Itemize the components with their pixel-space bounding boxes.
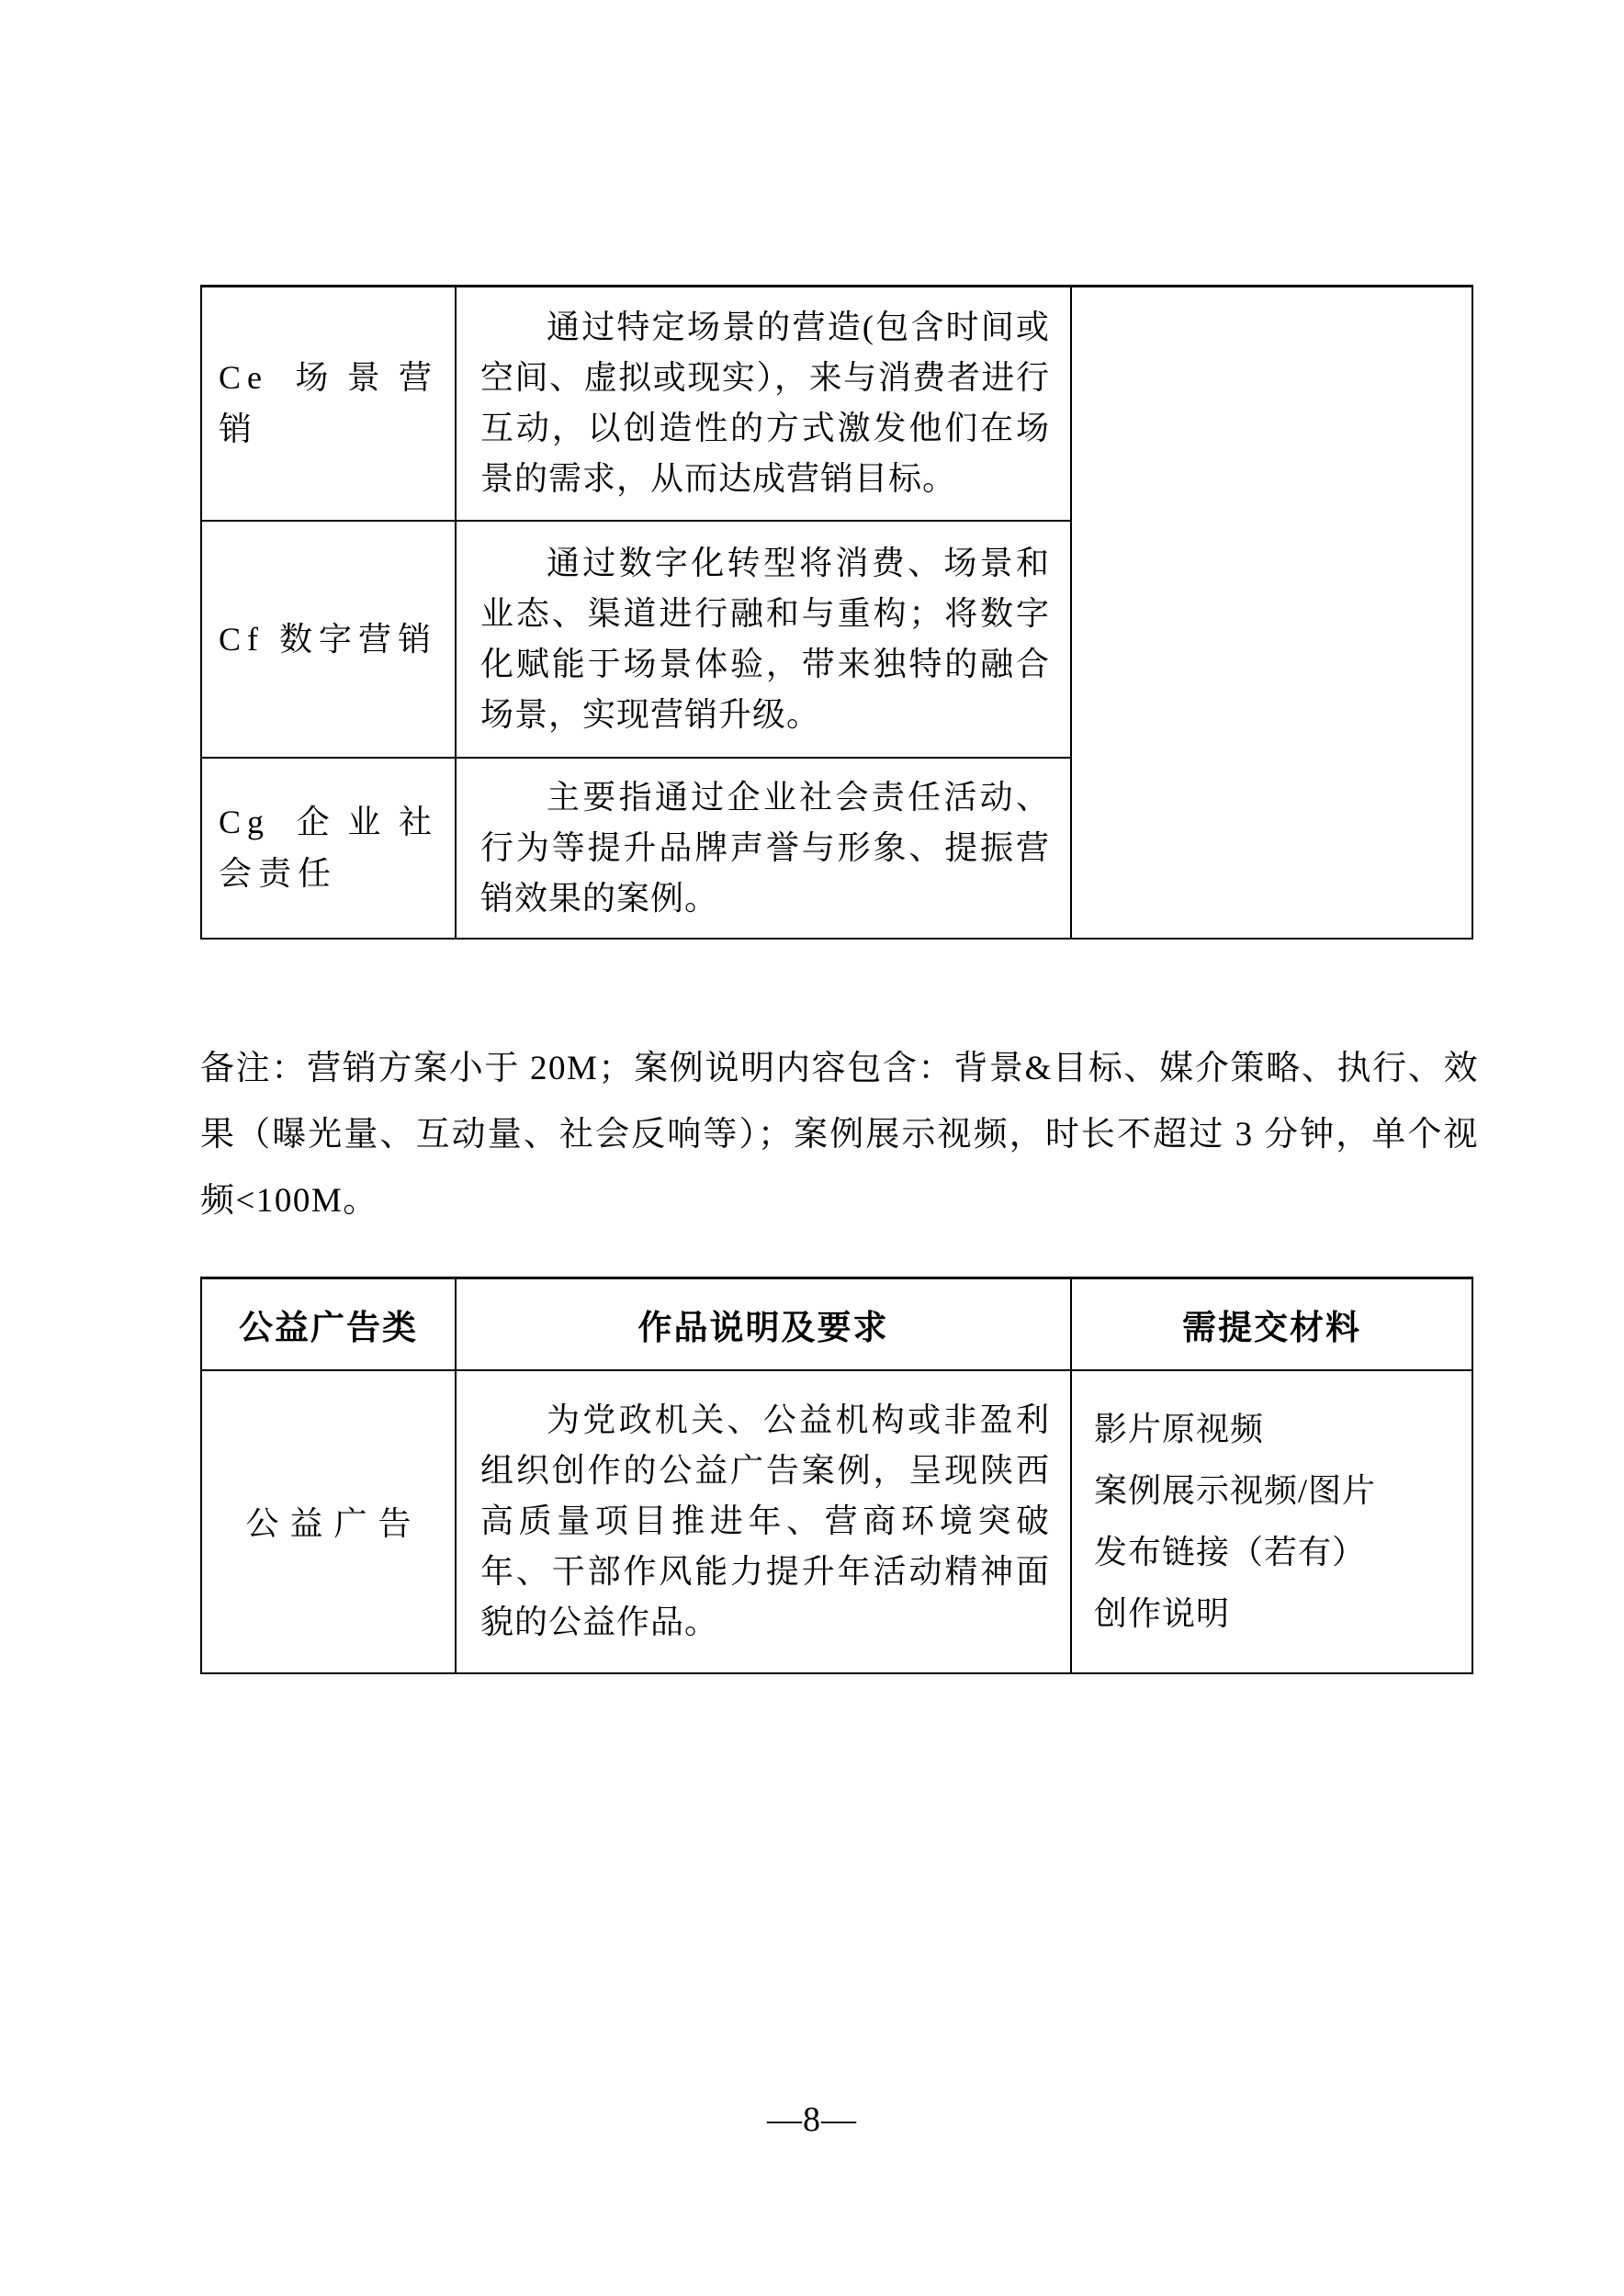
table-row: Ce 场景营销 通过特定场景的营造(包含时间或空间、虚拟或现实），来与消费者进行… bbox=[201, 287, 1472, 521]
description-paragraph: 通过数字化转型将消费、场景和业态、渠道进行融和与重构；将数字化赋能于场景体验，带… bbox=[480, 538, 1050, 740]
description-paragraph: 主要指通过企业社会责任活动、行为等提升品牌声誉与形象、提振营销效果的案例。 bbox=[480, 772, 1050, 924]
material-item: 创作说明 bbox=[1094, 1583, 1462, 1645]
category-cell-cf: Cf 数字营销 bbox=[201, 521, 456, 758]
psa-table: 公益广告类 作品说明及要求 需提交材料 公益广告 为党政机关、公益机构或非盈利组… bbox=[200, 1277, 1473, 1674]
description-paragraph: 通过特定场景的营造(包含时间或空间、虚拟或现实），来与消费者进行互动，以创造性的… bbox=[480, 302, 1050, 504]
description-cell-cf: 通过数字化转型将消费、场景和业态、渠道进行融和与重构；将数字化赋能于场景体验，带… bbox=[456, 521, 1071, 758]
material-item: 影片原视频 bbox=[1094, 1399, 1462, 1460]
description-cell-psa: 为党政机关、公益机构或非盈利组织创作的公益广告案例，呈现陕西高质量项目推进年、营… bbox=[456, 1370, 1071, 1673]
category-definition-table: Ce 场景营销 通过特定场景的营造(包含时间或空间、虚拟或现实），来与消费者进行… bbox=[200, 285, 1473, 940]
header-work-requirements: 作品说明及要求 bbox=[456, 1278, 1071, 1370]
header-materials-required: 需提交材料 bbox=[1071, 1278, 1472, 1370]
page-number: —8— bbox=[0, 2099, 1624, 2140]
description-cell-ce: 通过特定场景的营造(包含时间或空间、虚拟或现实），来与消费者进行互动，以创造性的… bbox=[456, 287, 1071, 521]
table-row: 公益广告 为党政机关、公益机构或非盈利组织创作的公益广告案例，呈现陕西高质量项目… bbox=[201, 1370, 1472, 1673]
category-cell-ce: Ce 场景营销 bbox=[201, 287, 456, 521]
category-cell-psa: 公益广告 bbox=[201, 1370, 456, 1673]
remark-paragraph: 备注：营销方案小于 20M；案例说明内容包含：背景&目标、媒介策略、执行、效果（… bbox=[200, 1036, 1479, 1234]
material-item: 案例展示视频/图片 bbox=[1094, 1460, 1462, 1522]
table-header-row: 公益广告类 作品说明及要求 需提交材料 bbox=[201, 1278, 1472, 1370]
materials-cell-psa: 影片原视频 案例展示视频/图片 发布链接（若有） 创作说明 bbox=[1071, 1370, 1472, 1673]
description-paragraph: 为党政机关、公益机构或非盈利组织创作的公益广告案例，呈现陕西高质量项目推进年、营… bbox=[480, 1395, 1050, 1648]
document-page: Ce 场景营销 通过特定场景的营造(包含时间或空间、虚拟或现实），来与消费者进行… bbox=[0, 0, 1624, 2296]
description-cell-cg: 主要指通过企业社会责任活动、行为等提升品牌声誉与形象、提振营销效果的案例。 bbox=[456, 758, 1071, 939]
materials-merged-empty-cell bbox=[1071, 287, 1472, 939]
header-psa-category: 公益广告类 bbox=[201, 1278, 456, 1370]
category-cell-cg: Cg 企业社会责任 bbox=[201, 758, 456, 939]
material-item: 发布链接（若有） bbox=[1094, 1522, 1462, 1583]
